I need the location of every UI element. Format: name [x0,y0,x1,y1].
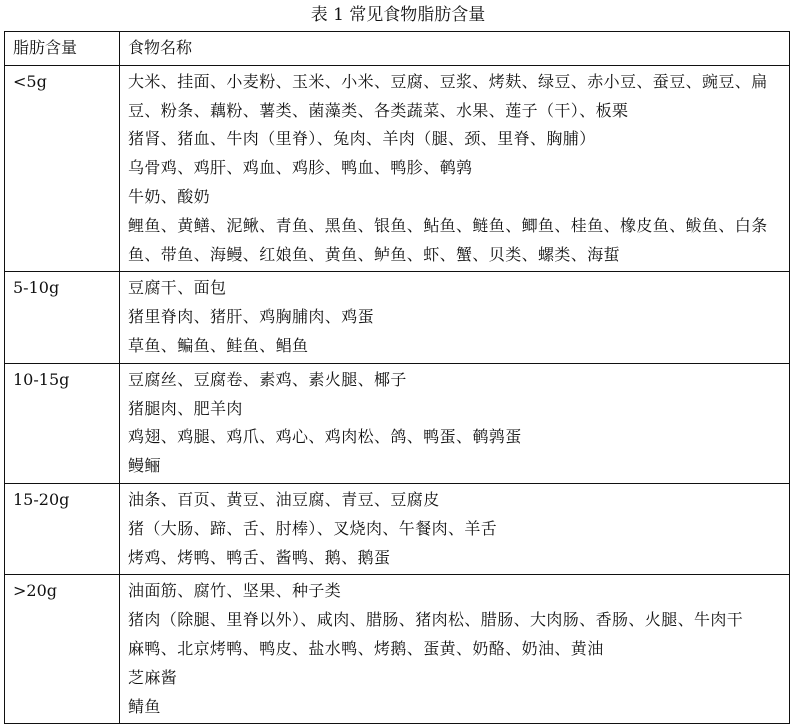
food-line: 豆腐丝、豆腐卷、素鸡、素火腿、椰子 [128,366,781,395]
food-line: 草鱼、鳊鱼、鲑鱼、鲳鱼 [128,332,781,361]
food-line: 猪肾、猪血、牛肉（里脊）、兔肉、羊肉（腿、颈、里脊、胸脯） [128,125,781,154]
food-line: 鲭鱼 [128,693,781,722]
food-list-cell: 油面筋、腐竹、坚果、种子类 猪肉（除腿、里脊以外）、咸肉、腊肠、猪肉松、腊肠、大… [120,575,790,724]
food-line: 猪里脊肉、猪肝、鸡胸脯肉、鸡蛋 [128,303,781,332]
food-list-cell: 豆腐干、面包 猪里脊肉、猪肝、鸡胸脯肉、鸡蛋 草鱼、鳊鱼、鲑鱼、鲳鱼 [120,272,790,363]
food-list-cell: 油条、百页、黄豆、油豆腐、青豆、豆腐皮 猪（大肠、蹄、舌、肘棒）、叉烧肉、午餐肉… [120,483,790,574]
food-line: 芝麻酱 [128,664,781,693]
fat-content-table: 脂肪含量 食物名称 <5g 大米、挂面、小麦粉、玉米、小米、豆腐、豆浆、烤麸、绿… [4,31,790,724]
fat-level-cell: 5-10g [5,272,120,363]
fat-level-cell: >20g [5,575,120,724]
food-line: 烤鸡、烤鸭、鸭舌、酱鸭、鹅、鹅蛋 [128,544,781,573]
food-line: 猪肉（除腿、里脊以外）、咸肉、腊肠、猪肉松、腊肠、大肉肠、香肠、火腿、牛肉干 [128,606,781,635]
table-header-row: 脂肪含量 食物名称 [5,32,790,66]
food-line: 麻鸭、北京烤鸭、鸭皮、盐水鸭、烤鹅、蛋黄、奶酪、奶油、黄油 [128,635,781,664]
food-line: 鲤鱼、黄鳝、泥鳅、青鱼、黑鱼、银鱼、鲇鱼、鲢鱼、鲫鱼、桂鱼、橡皮鱼、鲅鱼、白条鱼… [128,212,781,270]
food-line: 豆腐干、面包 [128,274,781,303]
food-line: 牛奶、酸奶 [128,183,781,212]
food-line: 乌骨鸡、鸡肝、鸡血、鸡胗、鸭血、鸭胗、鹌鹑 [128,154,781,183]
food-line: 猪腿肉、肥羊肉 [128,395,781,424]
table-row: >20g 油面筋、腐竹、坚果、种子类 猪肉（除腿、里脊以外）、咸肉、腊肠、猪肉松… [5,575,790,724]
food-line: 猪（大肠、蹄、舌、肘棒）、叉烧肉、午餐肉、羊舌 [128,515,781,544]
header-fat-content: 脂肪含量 [5,32,120,66]
food-line: 大米、挂面、小麦粉、玉米、小米、豆腐、豆浆、烤麸、绿豆、赤小豆、蚕豆、豌豆、扁豆… [128,68,781,126]
fat-level-cell: <5g [5,65,120,272]
food-line: 鸡翅、鸡腿、鸡爪、鸡心、鸡肉松、鸽、鸭蛋、鹌鹑蛋 [128,423,781,452]
food-line: 油面筋、腐竹、坚果、种子类 [128,577,781,606]
table-row: 5-10g 豆腐干、面包 猪里脊肉、猪肝、鸡胸脯肉、鸡蛋 草鱼、鳊鱼、鲑鱼、鲳鱼 [5,272,790,363]
header-food-name: 食物名称 [120,32,790,66]
table-row: <5g 大米、挂面、小麦粉、玉米、小米、豆腐、豆浆、烤麸、绿豆、赤小豆、蚕豆、豌… [5,65,790,272]
table-row: 15-20g 油条、百页、黄豆、油豆腐、青豆、豆腐皮 猪（大肠、蹄、舌、肘棒）、… [5,483,790,574]
food-list-cell: 大米、挂面、小麦粉、玉米、小米、豆腐、豆浆、烤麸、绿豆、赤小豆、蚕豆、豌豆、扁豆… [120,65,790,272]
fat-level-cell: 15-20g [5,483,120,574]
food-list-cell: 豆腐丝、豆腐卷、素鸡、素火腿、椰子 猪腿肉、肥羊肉 鸡翅、鸡腿、鸡爪、鸡心、鸡肉… [120,363,790,483]
table-caption: 表 1 常见食物脂肪含量 [0,3,796,27]
table-row: 10-15g 豆腐丝、豆腐卷、素鸡、素火腿、椰子 猪腿肉、肥羊肉 鸡翅、鸡腿、鸡… [5,363,790,483]
food-line: 鳗鲡 [128,452,781,481]
food-line: 油条、百页、黄豆、油豆腐、青豆、豆腐皮 [128,486,781,515]
fat-level-cell: 10-15g [5,363,120,483]
